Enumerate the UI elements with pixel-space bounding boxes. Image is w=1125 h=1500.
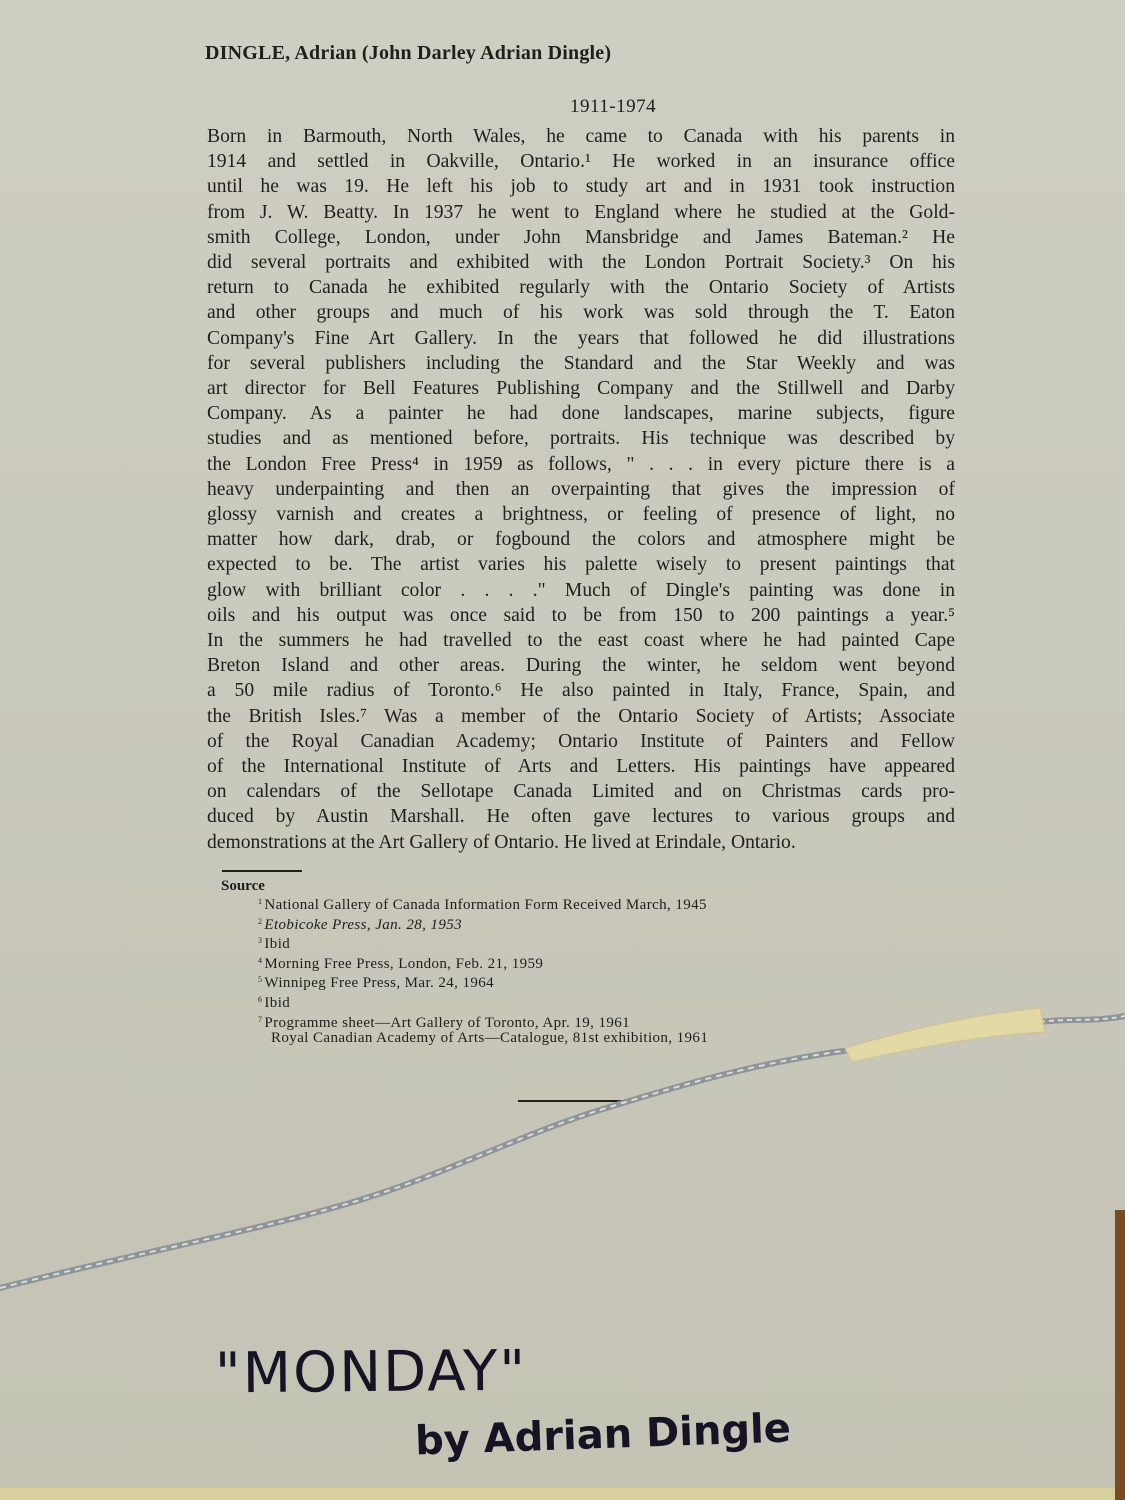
artist-heading: DINGLE, Adrian (John Darley Adrian Dingl…: [205, 42, 611, 65]
bio-line: did several portraits and exhibited with…: [207, 250, 955, 275]
bio-line: Born in Barmouth, North Wales, he came t…: [207, 124, 955, 149]
bio-line: art director for Bell Features Publishin…: [207, 376, 955, 401]
source-item: 6Ibid: [258, 992, 708, 1012]
artist-dates: 1911-1974: [570, 96, 656, 118]
source-item: 7Programme sheet—Art Gallery of Toronto,…: [258, 1012, 708, 1032]
bio-line: return to Canada he exhibited regularly …: [207, 275, 955, 300]
bio-line: and other groups and much of his work wa…: [207, 300, 955, 325]
source-item: 4Morning Free Press, London, Feb. 21, 19…: [258, 953, 708, 973]
source-item: Royal Canadian Academy of Arts—Catalogue…: [258, 1031, 708, 1047]
bio-line: Company's Fine Art Gallery. In the years…: [207, 326, 955, 351]
bio-line: Company. As a painter he had done landsc…: [207, 401, 955, 426]
end-divider: [518, 1100, 632, 1102]
bio-line: a 50 mile radius of Toronto.⁶ He also pa…: [207, 678, 955, 703]
source-heading: Source: [221, 878, 265, 895]
bio-line: duced by Austin Marshall. He often gave …: [207, 804, 955, 829]
bio-line: from J. W. Beatty. In 1937 he went to En…: [207, 200, 955, 225]
bio-line: heavy underpainting and then an overpain…: [207, 477, 955, 502]
bio-line: studies and as mentioned before, portrai…: [207, 426, 955, 451]
biography-text: Born in Barmouth, North Wales, he came t…: [207, 124, 955, 855]
source-item: 1National Gallery of Canada Information …: [258, 894, 708, 914]
bio-line: of the Royal Canadian Academy; Ontario I…: [207, 729, 955, 754]
bio-line: Breton Island and other areas. During th…: [207, 653, 955, 678]
frame-backing-bottom: [0, 1488, 1115, 1500]
bio-line: 1914 and settled in Oakville, Ontario.¹ …: [207, 149, 955, 174]
bio-line: matter how dark, drab, or fogbound the c…: [207, 527, 955, 552]
bio-line: glow with brilliant color . . . ." Much …: [207, 578, 955, 603]
bio-line: until he was 19. He left his job to stud…: [207, 174, 955, 199]
bio-line: of the International Institute of Arts a…: [207, 754, 955, 779]
bio-line: In the summers he had travelled to the e…: [207, 628, 955, 653]
source-list: 1National Gallery of Canada Information …: [258, 894, 708, 1047]
footnote-divider: [222, 870, 302, 872]
source-item: 3Ibid: [258, 933, 708, 953]
bio-line: on calendars of the Sellotape Canada Lim…: [207, 779, 955, 804]
source-item: 2Etobicoke Press, Jan. 28, 1953: [258, 914, 708, 934]
bio-line: the London Free Press⁴ in 1959 as follow…: [207, 452, 955, 477]
bio-line: glossy varnish and creates a brightness,…: [207, 502, 955, 527]
bio-line: smith College, London, under John Mansbr…: [207, 225, 955, 250]
artwork-title-label: "MONDAY": [215, 1339, 528, 1407]
source-item: 5Winnipeg Free Press, Mar. 24, 1964: [258, 972, 708, 992]
bio-line: demonstrations at the Art Gallery of Ont…: [207, 830, 955, 855]
bio-line: expected to be. The artist varies his pa…: [207, 552, 955, 577]
bio-line: oils and his output was once said to be …: [207, 603, 955, 628]
bio-line: the British Isles.⁷ Was a member of the …: [207, 704, 955, 729]
frame-wood-edge: [1115, 1210, 1125, 1500]
bio-line: for several publishers including the Sta…: [207, 351, 955, 376]
